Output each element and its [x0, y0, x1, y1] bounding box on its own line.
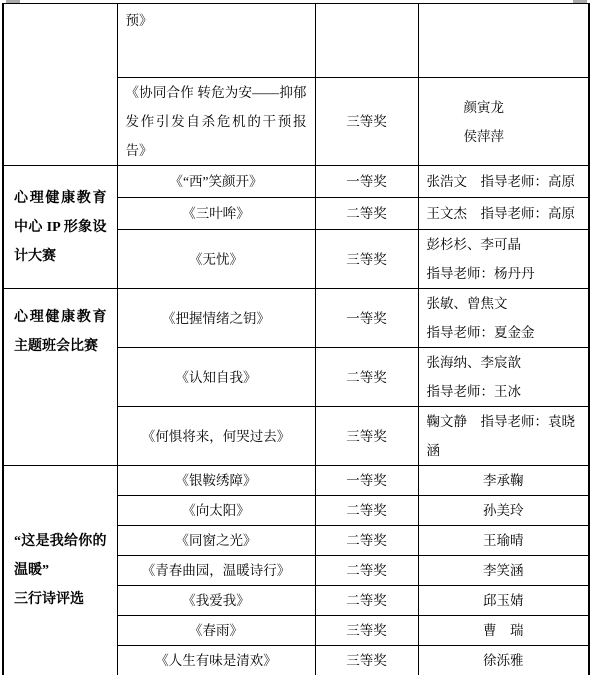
award-cell: 二等奖 [315, 348, 418, 407]
work-title-cell: 《银鞍绣障》 [117, 466, 315, 496]
award-cell: 二等奖 [315, 496, 418, 526]
award-cell: 一等奖 [315, 166, 418, 198]
award-cell: 三等奖 [315, 616, 418, 646]
work-title-cell: 《我爱我》 [117, 586, 315, 616]
advisor-name: 指导老师：夏金金 [427, 318, 581, 347]
page-edge-artifact [573, 0, 587, 3]
winner-name: 张敏、曾焦文 [427, 289, 581, 318]
advisor-name: 指导老师：王冰 [427, 377, 581, 406]
work-title-cell: 《协同合作 转危为安——抑郁发作引发自杀危机的干预报告》 [117, 78, 315, 166]
table-row: 心理健康教育主题班会比赛 《把握情绪之钥》 一等奖 张敏、曾焦文 指导老师：夏金… [3, 289, 589, 348]
work-title-cell: 预》 [117, 4, 315, 78]
winners-cell: 张敏、曾焦文 指导老师：夏金金 [418, 289, 589, 348]
work-title-cell: 《青春曲园，温暖诗行》 [117, 556, 315, 586]
winners-cell: 张海纳、李宸歆 指导老师：王冰 [418, 348, 589, 407]
winners-cell [418, 4, 589, 78]
award-cell: 二等奖 [315, 198, 418, 230]
award-cell: 一等奖 [315, 466, 418, 496]
page-edge-artifact [6, 0, 20, 3]
winners-cell: 徐泺雅 [418, 646, 589, 675]
award-cell: 三等奖 [315, 646, 418, 675]
winner-name: 侯萍萍 [464, 122, 581, 151]
award-cell: 三等奖 [315, 78, 418, 166]
work-title-cell: 《春雨》 [117, 616, 315, 646]
winners-cell: 王文杰 指导老师：高原 [418, 198, 589, 230]
work-title-cell: 《向太阳》 [117, 496, 315, 526]
work-title-cell: 《无忧》 [117, 230, 315, 289]
winners-cell: 鞠文静 指导老师：袁晓涵 [418, 407, 589, 466]
table-row: “这是我给你的温暖” 三行诗评选 《银鞍绣障》 一等奖 李承鞠 [3, 466, 589, 496]
winners-cell: 张浩文 指导老师：高原 [418, 166, 589, 198]
category-cell: 心理健康教育中心 IP 形象设计大赛 [3, 166, 117, 289]
table-row: 心理健康教育中心 IP 形象设计大赛 《“西”笑颜开》 一等奖 张浩文 指导老师… [3, 166, 589, 198]
winners-cell: 颜寅龙 侯萍萍 [418, 78, 589, 166]
category-cell: 心理健康教育主题班会比赛 [3, 289, 117, 466]
award-cell: 二等奖 [315, 586, 418, 616]
document-page: 预》 《协同合作 转危为安——抑郁发作引发自杀危机的干预报告》 三等奖 颜寅龙 … [0, 0, 590, 675]
work-title-cell: 《同窗之光》 [117, 526, 315, 556]
winners-cell: 王瑜晴 [418, 526, 589, 556]
advisor-name: 指导老师：杨丹丹 [427, 259, 581, 288]
work-title-cell: 《把握情绪之钥》 [117, 289, 315, 348]
award-cell: 三等奖 [315, 230, 418, 289]
winners-cell: 邱玉婧 [418, 586, 589, 616]
winners-cell: 彭杉杉、李可晶 指导老师：杨丹丹 [418, 230, 589, 289]
work-title: 预》 [126, 4, 307, 35]
winners-cell: 李笑涵 [418, 556, 589, 586]
work-title-cell: 《“西”笑颜开》 [117, 166, 315, 198]
awards-table: 预》 《协同合作 转危为安——抑郁发作引发自杀危机的干预报告》 三等奖 颜寅龙 … [2, 3, 590, 675]
category-cell: “这是我给你的温暖” 三行诗评选 [3, 466, 117, 675]
work-title-cell: 《三叶哞》 [117, 198, 315, 230]
table-row: 预》 [3, 4, 589, 78]
winner-name: 颜寅龙 [464, 93, 581, 122]
category-label: 三行诗评选 [14, 585, 107, 614]
winners-cell: 曹 瑞 [418, 616, 589, 646]
winners-cell: 李承鞠 [418, 466, 589, 496]
award-cell: 二等奖 [315, 556, 418, 586]
award-cell: 三等奖 [315, 407, 418, 466]
award-cell [315, 4, 418, 78]
winner-name: 张海纳、李宸歆 [427, 348, 581, 377]
work-title-cell: 《认知自我》 [117, 348, 315, 407]
award-cell: 二等奖 [315, 526, 418, 556]
category-label: 心理健康教育主题班会比赛 [14, 303, 107, 361]
winner-name: 彭杉杉、李可晶 [427, 230, 581, 259]
winners-cell: 孙美玲 [418, 496, 589, 526]
category-label: “这是我给你的温暖” [14, 527, 107, 585]
work-title-cell: 《人生有味是清欢》 [117, 646, 315, 675]
work-title-cell: 《何惧将来，何哭过去》 [117, 407, 315, 466]
work-title: 《协同合作 转危为安——抑郁发作引发自杀危机的干预报告》 [126, 78, 307, 165]
category-label: 心理健康教育中心 IP 形象设计大赛 [14, 184, 107, 271]
category-cell [3, 4, 117, 166]
award-cell: 一等奖 [315, 289, 418, 348]
